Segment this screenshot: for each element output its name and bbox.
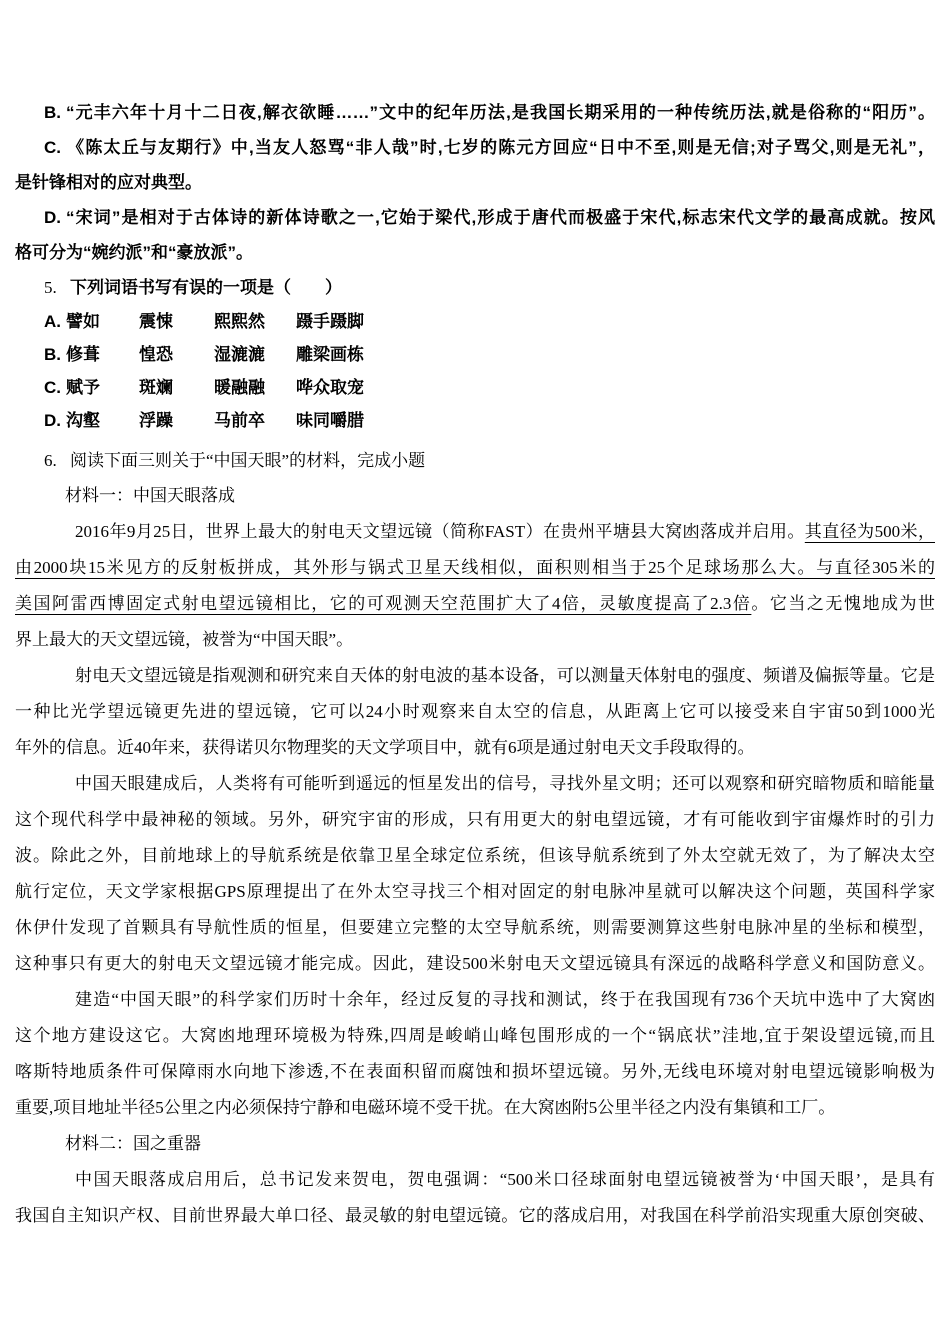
q4-option-b-text: “元丰六年十月十二日夜,解衣欲睡……”文中的纪年历法,是我国长期采用的一种传统历… xyxy=(66,103,935,122)
q5-option-d-word-1: 沟壑 xyxy=(66,404,139,437)
m1-p4-line-4: 重要,项目地址半径5公里之内必须保持宁静和电磁环境不受干扰。在大窝凼附5公里半径… xyxy=(15,1090,935,1126)
m1-p3-line-6: 这种事只有更大的射电天文望远镜才能完成。因此，建设500米射电天文望远镜具有深远… xyxy=(15,946,935,982)
q5-number: 5. xyxy=(44,270,70,305)
m1-p4-line-1: 建造“中国天眼”的科学家们历时十余年，经过反复的寻找和测试，终于在我国现有736… xyxy=(15,982,935,1018)
q5-option-b-label: B. xyxy=(44,338,66,371)
q5-option-b-word-3: 湿漉漉 xyxy=(214,338,296,371)
q6-number: 6. xyxy=(44,443,70,478)
material-2: 材料二：国之重器 中国天眼落成启用后，总书记发来贺电，贺电强调：“500米口径球… xyxy=(15,1126,935,1234)
m1-p4-line-3: 喀斯特地质条件可保障雨水向地下渗透,不在表面积留而腐蚀和损坏望远镜。另外,无线电… xyxy=(15,1054,935,1090)
m1-p3-line-5: 休伊什发现了首颗具有导航性质的恒星，但要建立完整的太空导航系统，则需要测算这些射… xyxy=(15,910,935,946)
m1-p1-l3-underlined: 美国阿雷西博固定式射电望远镜相比，它的可观测天空范围扩大了4倍，灵敏度提高了2.… xyxy=(15,594,751,613)
m1-p3-line-2: 这个现代科学中最神秘的领域。另外，研究宇宙的形成，只有用更大的射电望远镜，才有可… xyxy=(15,802,935,838)
m1-p1-line-3: 美国阿雷西博固定式射电望远镜相比，它的可观测天空范围扩大了4倍，灵敏度提高了2.… xyxy=(15,586,935,622)
q5-option-a: A.譬如震悚熙熙然蹑手蹑脚 xyxy=(15,305,935,338)
q5-option-c: C.赋予斑斓暖融融哗众取宠 xyxy=(15,371,935,404)
m1-p1-l3-normal: 。它当之无愧地成为世 xyxy=(751,594,935,613)
question-4-options: B.“元丰六年十月十二日夜,解衣欲睡……”文中的纪年历法,是我国长期采用的一种传… xyxy=(15,95,935,270)
m1-p2-line-1: 射电天文望远镜是指观测和研究来自天体的射电波的基本设备，可以测量天体射电的强度、… xyxy=(15,658,935,694)
q6-prompt: 阅读下面三则关于“中国天眼”的材料，完成小题 xyxy=(70,451,425,470)
m1-p4-line-2: 这个地方建设这它。大窝凼地理环境极为特殊,四周是峻峭山峰包围形成的一个“锅底状”… xyxy=(15,1018,935,1054)
q4-option-c-line-2: 是针锋相对的应对典型。 xyxy=(15,165,935,200)
q4-option-d-line-2: 格可分为“婉约派”和“豪放派”。 xyxy=(15,235,935,270)
q5-option-a-word-1: 譬如 xyxy=(66,305,139,338)
q5-option-b-word-2: 惶恐 xyxy=(139,338,214,371)
q5-option-c-label: C. xyxy=(44,371,66,404)
m1-p3-line-1: 中国天眼建成后，人类将有可能听到遥远的恒星发出的信号，寻找外星文明；还可以观察和… xyxy=(15,766,935,802)
q4-option-c-text-1: 《陈太丘与友期行》中,当友人怒骂“非人哉”时,七岁的陈元方回应“日中不至,则是无… xyxy=(66,138,935,157)
q5-option-a-word-4: 蹑手蹑脚 xyxy=(296,312,364,331)
q5-prompt: 下列词语书写有误的一项是（ ） xyxy=(70,278,342,297)
q5-option-c-word-3: 暖融融 xyxy=(214,371,296,404)
exam-page: B.“元丰六年十月十二日夜,解衣欲睡……”文中的纪年历法,是我国长期采用的一种传… xyxy=(0,0,950,1344)
q5-option-c-word-1: 赋予 xyxy=(66,371,139,404)
q5-option-c-word-4: 哗众取宠 xyxy=(296,378,364,397)
m1-p1-l1-underlined: 其直径为500米， xyxy=(805,522,935,541)
q5-option-d-label: D. xyxy=(44,404,66,437)
m1-p1-l2-underlined: 由2000块15米见方的反射板拼成，其外形与锅式卫星天线相似，面积则相当于25个… xyxy=(15,558,935,577)
q5-prompt-line: 5.下列词语书写有误的一项是（ ） xyxy=(15,270,935,305)
q4-option-d-label: D. xyxy=(44,200,66,235)
q5-option-d-word-2: 浮躁 xyxy=(139,404,214,437)
q5-option-b-word-4: 雕梁画栋 xyxy=(296,345,364,364)
q4-option-c-label: C. xyxy=(44,130,66,165)
q4-option-d-text-1: “宋词”是相对于古体诗的新体诗歌之一,它始于梁代,形成于唐代而极盛于宋代,标志宋… xyxy=(66,208,935,227)
q4-option-d-line-1: D.“宋词”是相对于古体诗的新体诗歌之一,它始于梁代,形成于唐代而极盛于宋代,标… xyxy=(15,200,935,235)
q5-options: A.譬如震悚熙熙然蹑手蹑脚 B.修葺惶恐湿漉漉雕梁画栋 C.赋予斑斓暖融融哗众取… xyxy=(15,305,935,437)
document-content: B.“元丰六年十月十二日夜,解衣欲睡……”文中的纪年历法,是我国长期采用的一种传… xyxy=(15,95,935,1234)
m1-p3-line-4: 航行定位，天文学家根据GPS原理提出了在外太空寻找三个相对固定的射电脉冲星就可以… xyxy=(15,874,935,910)
material-2-heading: 材料二：国之重器 xyxy=(15,1126,935,1162)
q4-option-b-label: B. xyxy=(44,95,66,130)
q5-option-d-word-3: 马前卒 xyxy=(214,404,296,437)
question-6-prompt-line: 6.阅读下面三则关于“中国天眼”的材料，完成小题 xyxy=(15,443,935,478)
m1-p3-line-3: 波。除此之外，目前地球上的导航系统是依靠卫星全球定位系统，但该导航系统到了外太空… xyxy=(15,838,935,874)
q4-option-c-line-1: C.《陈太丘与友期行》中,当友人怒骂“非人哉”时,七岁的陈元方回应“日中不至,则… xyxy=(15,130,935,165)
q5-option-a-word-2: 震悚 xyxy=(139,305,214,338)
q4-option-b-line-1: B.“元丰六年十月十二日夜,解衣欲睡……”文中的纪年历法,是我国长期采用的一种传… xyxy=(15,95,935,130)
q5-option-d: D.沟壑浮躁马前卒味同嚼腊 xyxy=(15,404,935,437)
q5-option-c-word-2: 斑斓 xyxy=(139,371,214,404)
question-5: 5.下列词语书写有误的一项是（ ） A.譬如震悚熙熙然蹑手蹑脚 B.修葺惶恐湿漉… xyxy=(15,270,935,437)
q5-option-d-word-4: 味同嚼腊 xyxy=(296,411,364,430)
material-1-heading: 材料一：中国天眼落成 xyxy=(15,478,935,514)
m2-p5-line-1: 中国天眼落成启用后，总书记发来贺电，贺电强调：“500米口径球面射电望远镜被誉为… xyxy=(15,1162,935,1198)
m1-p1-line-2: 由2000块15米见方的反射板拼成，其外形与锅式卫星天线相似，面积则相当于25个… xyxy=(15,550,935,586)
q5-option-b: B.修葺惶恐湿漉漉雕梁画栋 xyxy=(15,338,935,371)
m1-p1-line-1: 2016年9月25日，世界上最大的射电天文望远镜（简称FAST）在贵州平塘县大窝… xyxy=(15,514,935,550)
material-1: 材料一：中国天眼落成 2016年9月25日，世界上最大的射电天文望远镜（简称FA… xyxy=(15,478,935,1126)
q5-option-a-label: A. xyxy=(44,305,66,338)
m1-p2-line-2: 一种比光学望远镜更先进的望远镜，它可以24小时观察来自太空的信息，从距离上它可以… xyxy=(15,694,935,730)
m1-p1-line-4: 界上最大的天文望远镜，被誉为“中国天眼”。 xyxy=(15,622,935,658)
m1-p1-l1-normal: 2016年9月25日，世界上最大的射电天文望远镜（简称FAST）在贵州平塘县大窝… xyxy=(75,522,805,541)
m1-p2-line-3: 年外的信息。近40年来，获得诺贝尔物理奖的天文学项目中，就有6项是通过射电天文手… xyxy=(15,730,935,766)
q5-option-a-word-3: 熙熙然 xyxy=(214,305,296,338)
q5-option-b-word-1: 修葺 xyxy=(66,338,139,371)
m2-p5-line-2: 我国自主知识产权、目前世界最大单口径、最灵敏的射电望远镜。它的落成启用，对我国在… xyxy=(15,1198,935,1234)
